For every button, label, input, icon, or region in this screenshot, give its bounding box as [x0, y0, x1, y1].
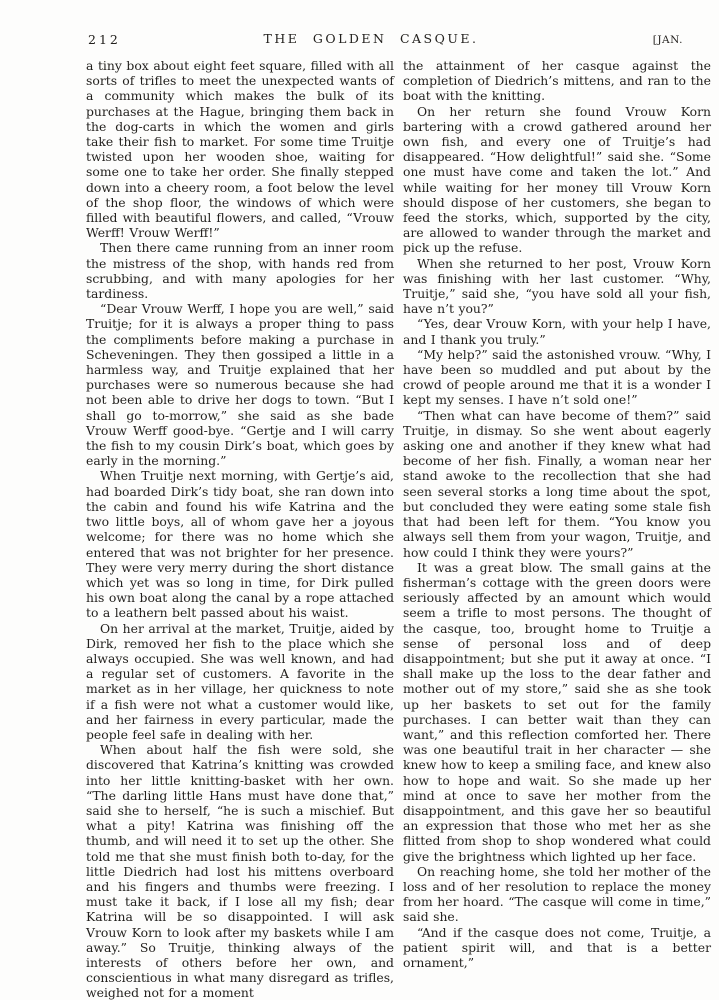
paragraph: On reaching home, she told her mother of… — [403, 864, 711, 925]
paragraph: “Then what can have become of them?” sai… — [403, 408, 711, 560]
running-head: 212 THE GOLDEN CASQUE. [JAN. — [86, 30, 711, 52]
right-column: the attainment of her casque against the… — [403, 58, 711, 1000]
paragraph: It was a great blow. The small gains at … — [403, 560, 711, 864]
paragraph: When she returned to her post, Vrouw Kor… — [403, 256, 711, 317]
paragraph: On her arrival at the market, Truitje, a… — [86, 621, 394, 743]
paragraph: When Truitje next morning, with Gertje’s… — [86, 468, 394, 620]
paragraph: a tiny box about eight feet square, fill… — [86, 58, 394, 240]
book-page: 212 THE GOLDEN CASQUE. [JAN. a tiny box … — [0, 0, 719, 1000]
left-column: a tiny box about eight feet square, fill… — [86, 58, 394, 1000]
paragraph: “My help?” said the astonished vrouw. “W… — [403, 347, 711, 408]
paragraph: “Yes, dear Vrouw Korn, with your help I … — [403, 316, 711, 346]
paragraph: “Dear Vrouw Werff, I hope you are well,”… — [86, 301, 394, 468]
page-title: THE GOLDEN CASQUE. — [86, 31, 656, 46]
paragraph: When about half the fish were sold, she … — [86, 742, 394, 1000]
text-columns: a tiny box about eight feet square, fill… — [86, 58, 711, 1000]
issue-label: [JAN. — [653, 34, 683, 46]
paragraph: On her return she found Vrouw Korn barte… — [403, 104, 711, 256]
paragraph: the attainment of her casque against the… — [403, 58, 711, 104]
paragraph: Then there came running from an inner ro… — [86, 240, 394, 301]
paragraph: “And if the casque does not come, Truitj… — [403, 925, 711, 971]
